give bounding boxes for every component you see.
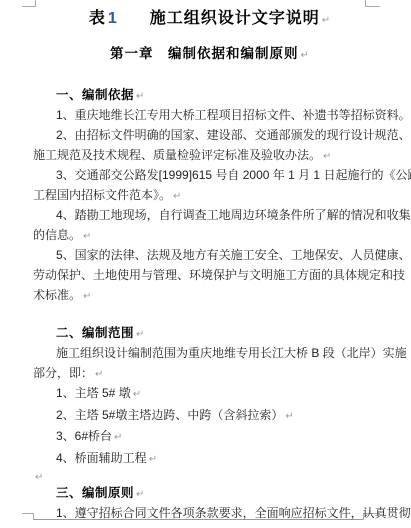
doc-line: 1、重庆地维长江专用大桥工程项目招标文件、补遗书等招标资料。↵	[33, 105, 387, 125]
list-item: 3、6#桥台↵	[33, 426, 387, 448]
line-text: 二、编制范围	[56, 326, 134, 340]
line-text: 3、6#桥台	[56, 429, 112, 443]
section-heading: 二、编制范围↵	[33, 323, 387, 343]
chapter-heading-text: 第一章 编制依据和编制原则	[110, 46, 299, 61]
paragraph-mark-icon: ↵	[149, 454, 157, 465]
line-text: 4、踏勘工地现场，自行调查工地周边环境条件所了解的情况和收集	[56, 208, 411, 222]
doc-line: 的信息。↵	[33, 225, 387, 245]
line-text: 2、主塔 5#墩主塔边跨、中跨（含斜拉索）	[56, 408, 283, 422]
line-text: 3、交通部交公路发[1999]615 号自 2000 年 1 月 1 日起施行的…	[56, 168, 411, 182]
line-text: 一、编制依据	[56, 88, 134, 102]
paragraph-mark-icon: ↵	[323, 151, 331, 162]
doc-line: 部分，即：↵	[33, 363, 387, 383]
list-item: 1、主塔 5# 墩↵	[33, 383, 387, 405]
line-text: 三、编制原则	[56, 486, 134, 500]
doc-line: 术标准。↵	[33, 285, 387, 305]
line-text: 2、由招标文件明确的国家、建设部、交通部颁发的现行设计规范、	[56, 128, 411, 142]
line-text: 的信息。	[33, 228, 81, 242]
doc-line: 施工组织设计编制范围为重庆地维专用长江大桥 B 段（北岸）实施	[33, 343, 387, 363]
title-number: 1	[108, 10, 118, 27]
doc-line: 1、遵守招标合同文件各项条款要求，全面响应招标文件，认真贯彻	[33, 503, 387, 523]
title-text: 施工组织设计文字说明	[150, 10, 320, 27]
doc-line: 2、由招标文件明确的国家、建设部、交通部颁发的现行设计规范、	[33, 125, 387, 145]
line-text: 1、遵守招标合同文件各项条款要求，全面响应招标文件，认真贯彻	[56, 506, 411, 520]
paragraph-mark-icon: ↵	[114, 432, 122, 443]
line-text: 施工规范及技术规程、质量检验评定标准及验收办法。	[33, 148, 321, 162]
title-prefix: 表	[89, 10, 106, 27]
doc-line: 4、踏勘工地现场，自行调查工地周边环境条件所了解的情况和收集	[33, 205, 387, 225]
paragraph-mark-icon: ↵	[301, 50, 310, 61]
paragraph-mark-icon: ↵	[95, 369, 103, 380]
paragraph-mark-icon: ↵	[83, 231, 91, 242]
doc-line: 施工规范及技术规程、质量检验评定标准及验收办法。↵	[33, 145, 387, 165]
list-item: 4、桥面辅助工程↵	[33, 448, 387, 470]
line-text: 4、桥面辅助工程	[56, 451, 147, 465]
doc-line: 5、国家的法律、法规及地方有关施工安全、工地保安、人员健康、	[33, 245, 387, 265]
paragraph-mark-icon: ↵	[173, 191, 181, 202]
line-text: 1、主塔 5# 墩	[56, 386, 131, 400]
line-text: 5、国家的法律、法规及地方有关施工安全、工地保安、人员健康、	[56, 248, 411, 262]
document-title: 表1施工组织设计文字说明↵	[33, 8, 387, 30]
paragraph-mark-icon: ↵	[136, 91, 145, 102]
line-text: 部分，即：	[33, 366, 93, 380]
line-text: 术标准。	[33, 288, 81, 302]
line-text: 劳动保护、土地使用与管理、环境保护与文明施工方面的具体规定和技	[33, 268, 405, 282]
section-heading: 一、编制依据↵	[33, 85, 387, 105]
word-document-page: 表1施工组织设计文字说明↵ 第一章 编制依据和编制原则↵ 一、编制依据↵1、重庆…	[0, 0, 411, 528]
line-text: 工程国内招标文件范本》。	[33, 188, 171, 202]
doc-line: 劳动保护、土地使用与管理、环境保护与文明施工方面的具体规定和技	[33, 265, 387, 285]
chapter-heading: 第一章 编制依据和编制原则↵	[33, 45, 387, 63]
line-text: 1、重庆地维长江专用大桥工程项目招标文件、补遗书等招标资料。	[56, 108, 411, 122]
line-text: 施工组织设计编制范围为重庆地维专用长江大桥 B 段（北岸）实施	[56, 346, 407, 360]
empty-paragraph: ↵	[33, 469, 387, 483]
paragraph-mark-icon: ↵	[133, 389, 141, 400]
paragraph-mark-icon: ↵	[322, 15, 331, 26]
paragraph-mark-icon: ↵	[35, 472, 43, 483]
paragraph-mark-icon: ↵	[83, 291, 91, 302]
doc-line: 工程国内招标文件范本》。↵	[33, 185, 387, 205]
section-heading: 三、编制原则↵	[33, 483, 387, 503]
paragraph-mark-icon: ↵	[285, 411, 293, 422]
paragraph-mark-icon: ↵	[136, 489, 145, 500]
document-body: 表1施工组织设计文字说明↵ 第一章 编制依据和编制原则↵ 一、编制依据↵1、重庆…	[0, 0, 411, 528]
list-item: 2、主塔 5#墩主塔边跨、中跨（含斜拉索）↵	[33, 405, 387, 427]
document-lines: 一、编制依据↵1、重庆地维长江专用大桥工程项目招标文件、补遗书等招标资料。↵2、…	[33, 85, 387, 523]
paragraph-mark-icon: ↵	[136, 329, 145, 340]
doc-line: 3、交通部交公路发[1999]615 号自 2000 年 1 月 1 日起施行的…	[33, 165, 387, 185]
